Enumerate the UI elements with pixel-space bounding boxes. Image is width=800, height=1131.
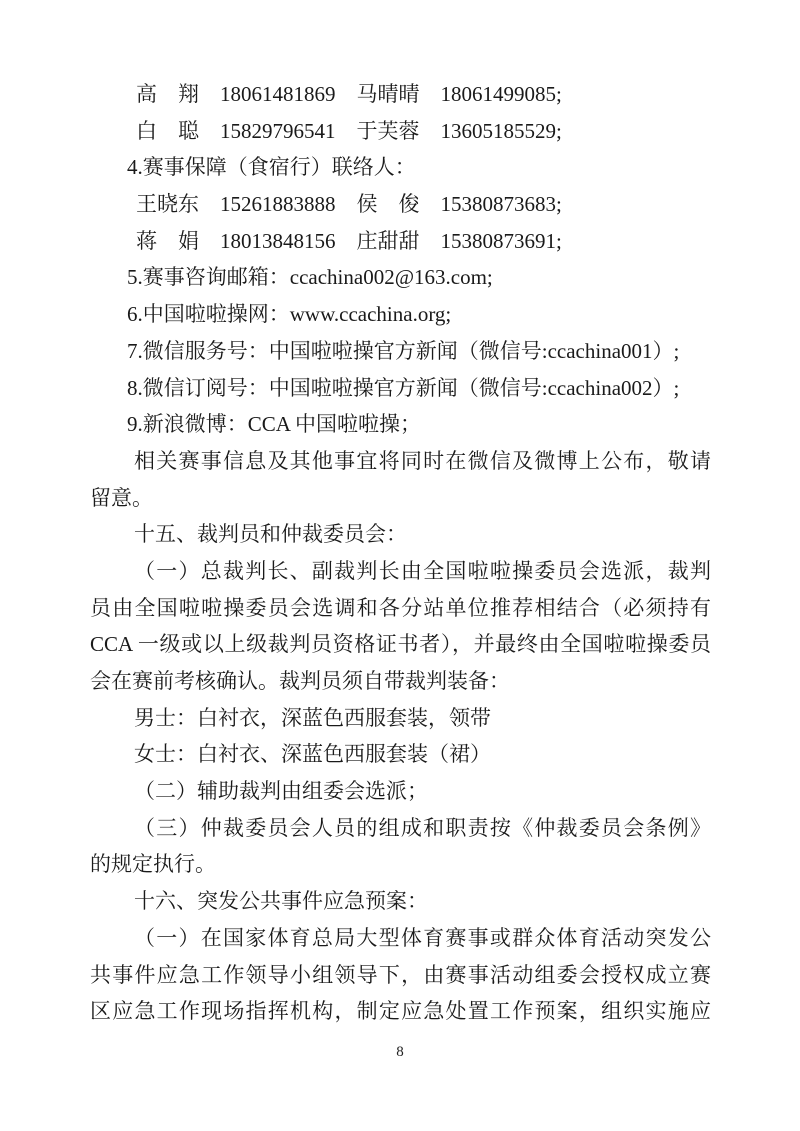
paragraph-assistant-referees: （二）辅助裁判由组委会选派； [90, 773, 711, 810]
list-item-7-wechat-service: 7.微信服务号：中国啦啦操官方新闻（微信号:ccachina001）; [90, 333, 711, 370]
paragraph-referees: （一）总裁判长、副裁判长由全国啦啦操委员会选派，裁判 [90, 553, 711, 590]
paragraph-arbitration: （三）仲裁委员会人员的组成和职责按《仲裁委员会条例》 [90, 810, 711, 847]
paragraph-referees: 员由全国啦啦操委员会选调和各分站单位推荐相结合（必须持有 [90, 590, 711, 627]
list-item-9-weibo: 9.新浪微博：CCA 中国啦啦操； [90, 406, 711, 443]
paragraph-notice: 相关赛事信息及其他事宜将同时在微信及微博上公布，敬请 [90, 443, 711, 480]
paragraph-referees: CCA 一级或以上级裁判员资格证书者），并最终由全国啦啦操委员 [90, 626, 711, 663]
list-item-6-website: 6.中国啦啦操网：www.ccachina.org; [90, 296, 711, 333]
document-page: 高 翔 18061481869 马晴晴 18061499085; 白 聪 158… [0, 0, 800, 1131]
paragraph-emergency: 区应急工作现场指挥机构，制定应急处置工作预案，组织实施应 [90, 993, 711, 1030]
dress-code-men: 男士：白衬衣，深蓝色西服套装，领带 [90, 700, 711, 737]
paragraph-emergency: （一）在国家体育总局大型体育赛事或群众体育活动突发公 [90, 920, 711, 957]
page-number: 8 [0, 1042, 800, 1062]
contact-row: 高 翔 18061481869 马晴晴 18061499085; [90, 76, 711, 113]
section-15-heading: 十五、裁判员和仲裁委员会： [90, 516, 711, 553]
paragraph-referees: 会在赛前考核确认。裁判员须自带裁判装备： [90, 663, 711, 700]
paragraph-arbitration: 的规定执行。 [90, 846, 711, 883]
paragraph-emergency: 共事件应急工作领导小组领导下，由赛事活动组委会授权成立赛 [90, 957, 711, 994]
paragraph-notice: 留意。 [90, 480, 711, 517]
contact-row: 蒋 娟 18013848156 庄甜甜 15380873691; [90, 223, 711, 260]
list-item-4: 4.赛事保障（食宿行）联络人： [90, 149, 711, 186]
contact-row: 王晓东 15261883888 侯 俊 15380873683; [90, 186, 711, 223]
list-item-5-email: 5.赛事咨询邮箱：ccachina002@163.com; [90, 259, 711, 296]
contact-row: 白 聪 15829796541 于芙蓉 13605185529; [90, 113, 711, 150]
page-body-text: 高 翔 18061481869 马晴晴 18061499085; 白 聪 158… [90, 76, 711, 1030]
section-16-heading: 十六、突发公共事件应急预案： [90, 883, 711, 920]
dress-code-women: 女士：白衬衣、深蓝色西服套装（裙） [90, 736, 711, 773]
list-item-8-wechat-subscribe: 8.微信订阅号：中国啦啦操官方新闻（微信号:ccachina002）; [90, 370, 711, 407]
